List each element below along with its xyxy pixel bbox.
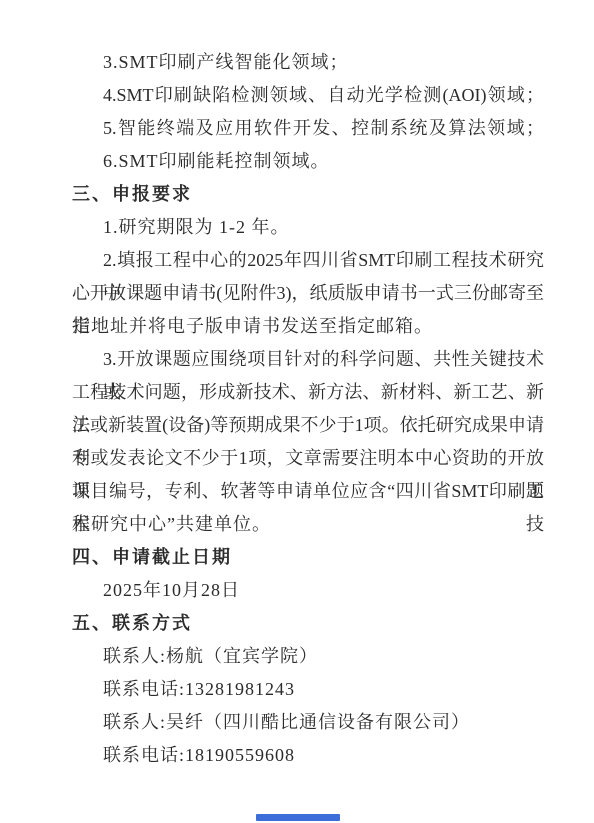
- doc-line: 3.开放课题应围绕项目针对的科学问题、共性关键技术或: [72, 343, 544, 376]
- doc-line: 2025年10月28日: [72, 574, 544, 607]
- doc-line: 5.智能终端及应用软件开发、控制系统及算法领域；: [72, 112, 544, 145]
- document-body: 3.SMT印刷产线智能化领域；4.SMT印刷缺陷检测领域、自动光学检测(AOI)…: [0, 46, 594, 772]
- doc-heading: 四、申请截止日期: [72, 541, 544, 574]
- doc-line: 3.SMT印刷产线智能化领域；: [72, 46, 544, 79]
- doc-line: 利或发表论文不少于1项，文章需要注明本中心资助的开放课题: [72, 442, 544, 475]
- doc-heading: 五、联系方式: [72, 607, 544, 640]
- doc-line: 1.研究期限为 1-2 年。: [72, 211, 544, 244]
- bottom-scroll-indicator[interactable]: [256, 814, 340, 821]
- doc-line: 联系电话:18190559608: [72, 739, 544, 772]
- doc-line: 6.SMT印刷能耗控制领域。: [72, 145, 544, 178]
- doc-line: 2.填报工程中心的2025年四川省SMT印刷工程技术研究中: [72, 244, 544, 277]
- doc-line: 联系人:吴纤（四川酷比通信设备有限公司）: [72, 706, 544, 739]
- document-page: 3.SMT印刷产线智能化领域；4.SMT印刷缺陷检测领域、自动光学检测(AOI)…: [0, 0, 594, 823]
- doc-line: 心开放课题申请书(见附件3)，纸质版申请书一式三份邮寄至指: [72, 277, 544, 310]
- doc-line: 4.SMT印刷缺陷检测领域、自动光学检测(AOI)领域；: [72, 79, 544, 112]
- doc-heading: 三、申报要求: [72, 178, 544, 211]
- doc-line: 定地址并将电子版申请书发送至指定邮箱。: [72, 310, 544, 343]
- doc-line: 工程技术问题，形成新技术、新方法、新材料、新工艺、新工: [72, 376, 544, 409]
- doc-line: 项目编号，专利、软著等申请单位应含“四川省SMT印刷工程技: [72, 475, 544, 508]
- doc-line: 联系人:杨航（宜宾学院）: [72, 640, 544, 673]
- doc-line: 联系电话:13281981243: [72, 673, 544, 706]
- doc-line: 法或新装置(设备)等预期成果不少于1项。依托研究成果申请专: [72, 409, 544, 442]
